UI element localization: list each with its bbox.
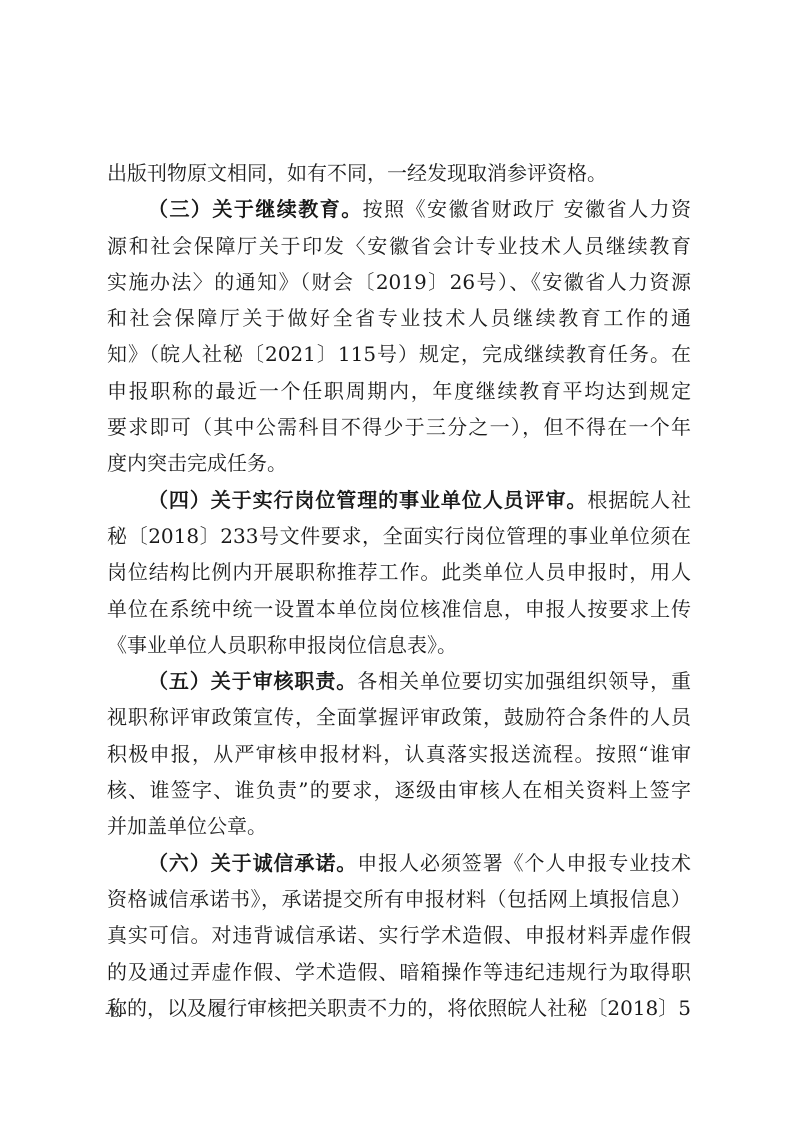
text-line: 秘〔2018〕233号文件要求，全面实行岗位管理的事业单位须在: [107, 518, 691, 554]
text-line: 出版刊物原文相同，如有不同，一经发现取消参评资格。: [107, 155, 691, 191]
paragraph-text: 源和社会保障厅关于印发〈安徽省会计专业技术人员继续教育: [107, 234, 691, 258]
body-text: 出版刊物原文相同，如有不同，一经发现取消参评资格。（三）关于继续教育。按照《安徽…: [107, 155, 691, 1026]
paragraph-text: 和社会保障厅关于做好全省专业技术人员继续教育工作的通: [107, 306, 691, 330]
paragraph-text: 按照《安徽省财政厅 安徽省人力资: [363, 197, 691, 221]
section-heading: （三）关于继续教育。: [148, 197, 363, 221]
paragraph-text: 《事业单位人员职称申报岗位信息表》。: [107, 633, 457, 657]
paragraph-text: 称的，以及履行审核把关职责不力的，将依照皖人社秘〔2018〕5: [107, 996, 691, 1020]
paragraph-text: 真实可信。对违背诚信承诺、实行学术造假、申报材料弄虚作假: [107, 923, 691, 947]
section-heading-line: （六）关于诚信承诺。申报人必须签署《个人申报专业技术: [107, 845, 691, 881]
paragraph-text: 申报人必须签署《个人申报专业技术: [357, 851, 691, 875]
text-line: 要求即可（其中公需科目不得少于三分之一），但不得在一个年: [107, 409, 691, 445]
paragraph-text: 度内突击完成任务。: [107, 451, 287, 475]
text-line: 单位在系统中统一设置本单位岗位核准信息，申报人按要求上传: [107, 591, 691, 627]
text-line: 真实可信。对违背诚信承诺、实行学术造假、申报材料弄虚作假: [107, 917, 691, 953]
paragraph-text: 知》（皖人社秘〔2021〕115号）规定，完成继续教育任务。在: [107, 342, 691, 366]
paragraph-text: 岗位结构比例内开展职称推荐工作。此类单位人员申报时，用人: [107, 560, 691, 584]
section-heading: （四）关于实行岗位管理的事业单位人员评审。: [148, 488, 587, 512]
text-line: 并加盖单位公章。: [107, 808, 691, 844]
text-line: 度内突击完成任务。: [107, 445, 691, 481]
paragraph-text: 各相关单位要切实加强组织领导，重: [357, 669, 691, 693]
text-line: 知》（皖人社秘〔2021〕115号）规定，完成继续教育任务。在: [107, 336, 691, 372]
text-line: 称的，以及履行审核把关职责不力的，将依照皖人社秘〔2018〕5: [107, 990, 691, 1026]
document-page: 出版刊物原文相同，如有不同，一经发现取消参评资格。（三）关于继续教育。按照《安徽…: [0, 0, 793, 1122]
paragraph-text: 资格诚信承诺书》，承诺提交所有申报材料（包括网上填报信息）: [107, 887, 691, 911]
text-line: 《事业单位人员职称申报岗位信息表》。: [107, 627, 691, 663]
paragraph-text: 视职称评审政策宣传，全面掌握评审政策，鼓励符合条件的人员: [107, 705, 691, 729]
section-heading: （五）关于审核职责。: [148, 669, 357, 693]
section-heading-line: （四）关于实行岗位管理的事业单位人员评审。根据皖人社: [107, 482, 691, 518]
paragraph-text: 秘〔2018〕233号文件要求，全面实行岗位管理的事业单位须在: [107, 524, 691, 548]
paragraph-text: 的及通过弄虚作假、学术造假、暗箱操作等违纪违规行为取得职: [107, 960, 691, 984]
text-line: 实施办法〉的通知》（财会〔2019〕26号）、《安徽省人力资源: [107, 264, 691, 300]
text-line: 的及通过弄虚作假、学术造假、暗箱操作等违纪违规行为取得职: [107, 954, 691, 990]
section-heading-line: （三）关于继续教育。按照《安徽省财政厅 安徽省人力资: [107, 191, 691, 227]
paragraph-text: 积极申报，从严审核申报材料，认真落实报送流程。按照“谁审: [107, 742, 691, 766]
page-number: -8-: [105, 1004, 127, 1022]
paragraph-text: 单位在系统中统一设置本单位岗位核准信息，申报人按要求上传: [107, 597, 691, 621]
paragraph-text: 要求即可（其中公需科目不得少于三分之一），但不得在一个年: [107, 415, 691, 439]
text-line: 资格诚信承诺书》，承诺提交所有申报材料（包括网上填报信息）: [107, 881, 691, 917]
paragraph-text: 实施办法〉的通知》（财会〔2019〕26号）、《安徽省人力资源: [107, 270, 691, 294]
text-line: 和社会保障厅关于做好全省专业技术人员继续教育工作的通: [107, 300, 691, 336]
text-line: 核、谁签字、谁负责”的要求，逐级由审核人在相关资料上签字: [107, 772, 691, 808]
section-heading: （六）关于诚信承诺。: [148, 851, 357, 875]
text-line: 积极申报，从严审核申报材料，认真落实报送流程。按照“谁审: [107, 736, 691, 772]
paragraph-text: 根据皖人社: [587, 488, 691, 512]
paragraph-text: 核、谁签字、谁负责”的要求，逐级由审核人在相关资料上签字: [107, 778, 691, 802]
text-line: 申报职称的最近一个任职周期内，年度继续教育平均达到规定: [107, 373, 691, 409]
section-heading-line: （五）关于审核职责。各相关单位要切实加强组织领导，重: [107, 663, 691, 699]
paragraph-text: 并加盖单位公章。: [107, 814, 267, 838]
paragraph-text: 申报职称的最近一个任职周期内，年度继续教育平均达到规定: [107, 379, 691, 403]
text-line: 源和社会保障厅关于印发〈安徽省会计专业技术人员继续教育: [107, 228, 691, 264]
text-line: 视职称评审政策宣传，全面掌握评审政策，鼓励符合条件的人员: [107, 699, 691, 735]
paragraph-text: 出版刊物原文相同，如有不同，一经发现取消参评资格。: [107, 161, 607, 185]
text-line: 岗位结构比例内开展职称推荐工作。此类单位人员申报时，用人: [107, 554, 691, 590]
